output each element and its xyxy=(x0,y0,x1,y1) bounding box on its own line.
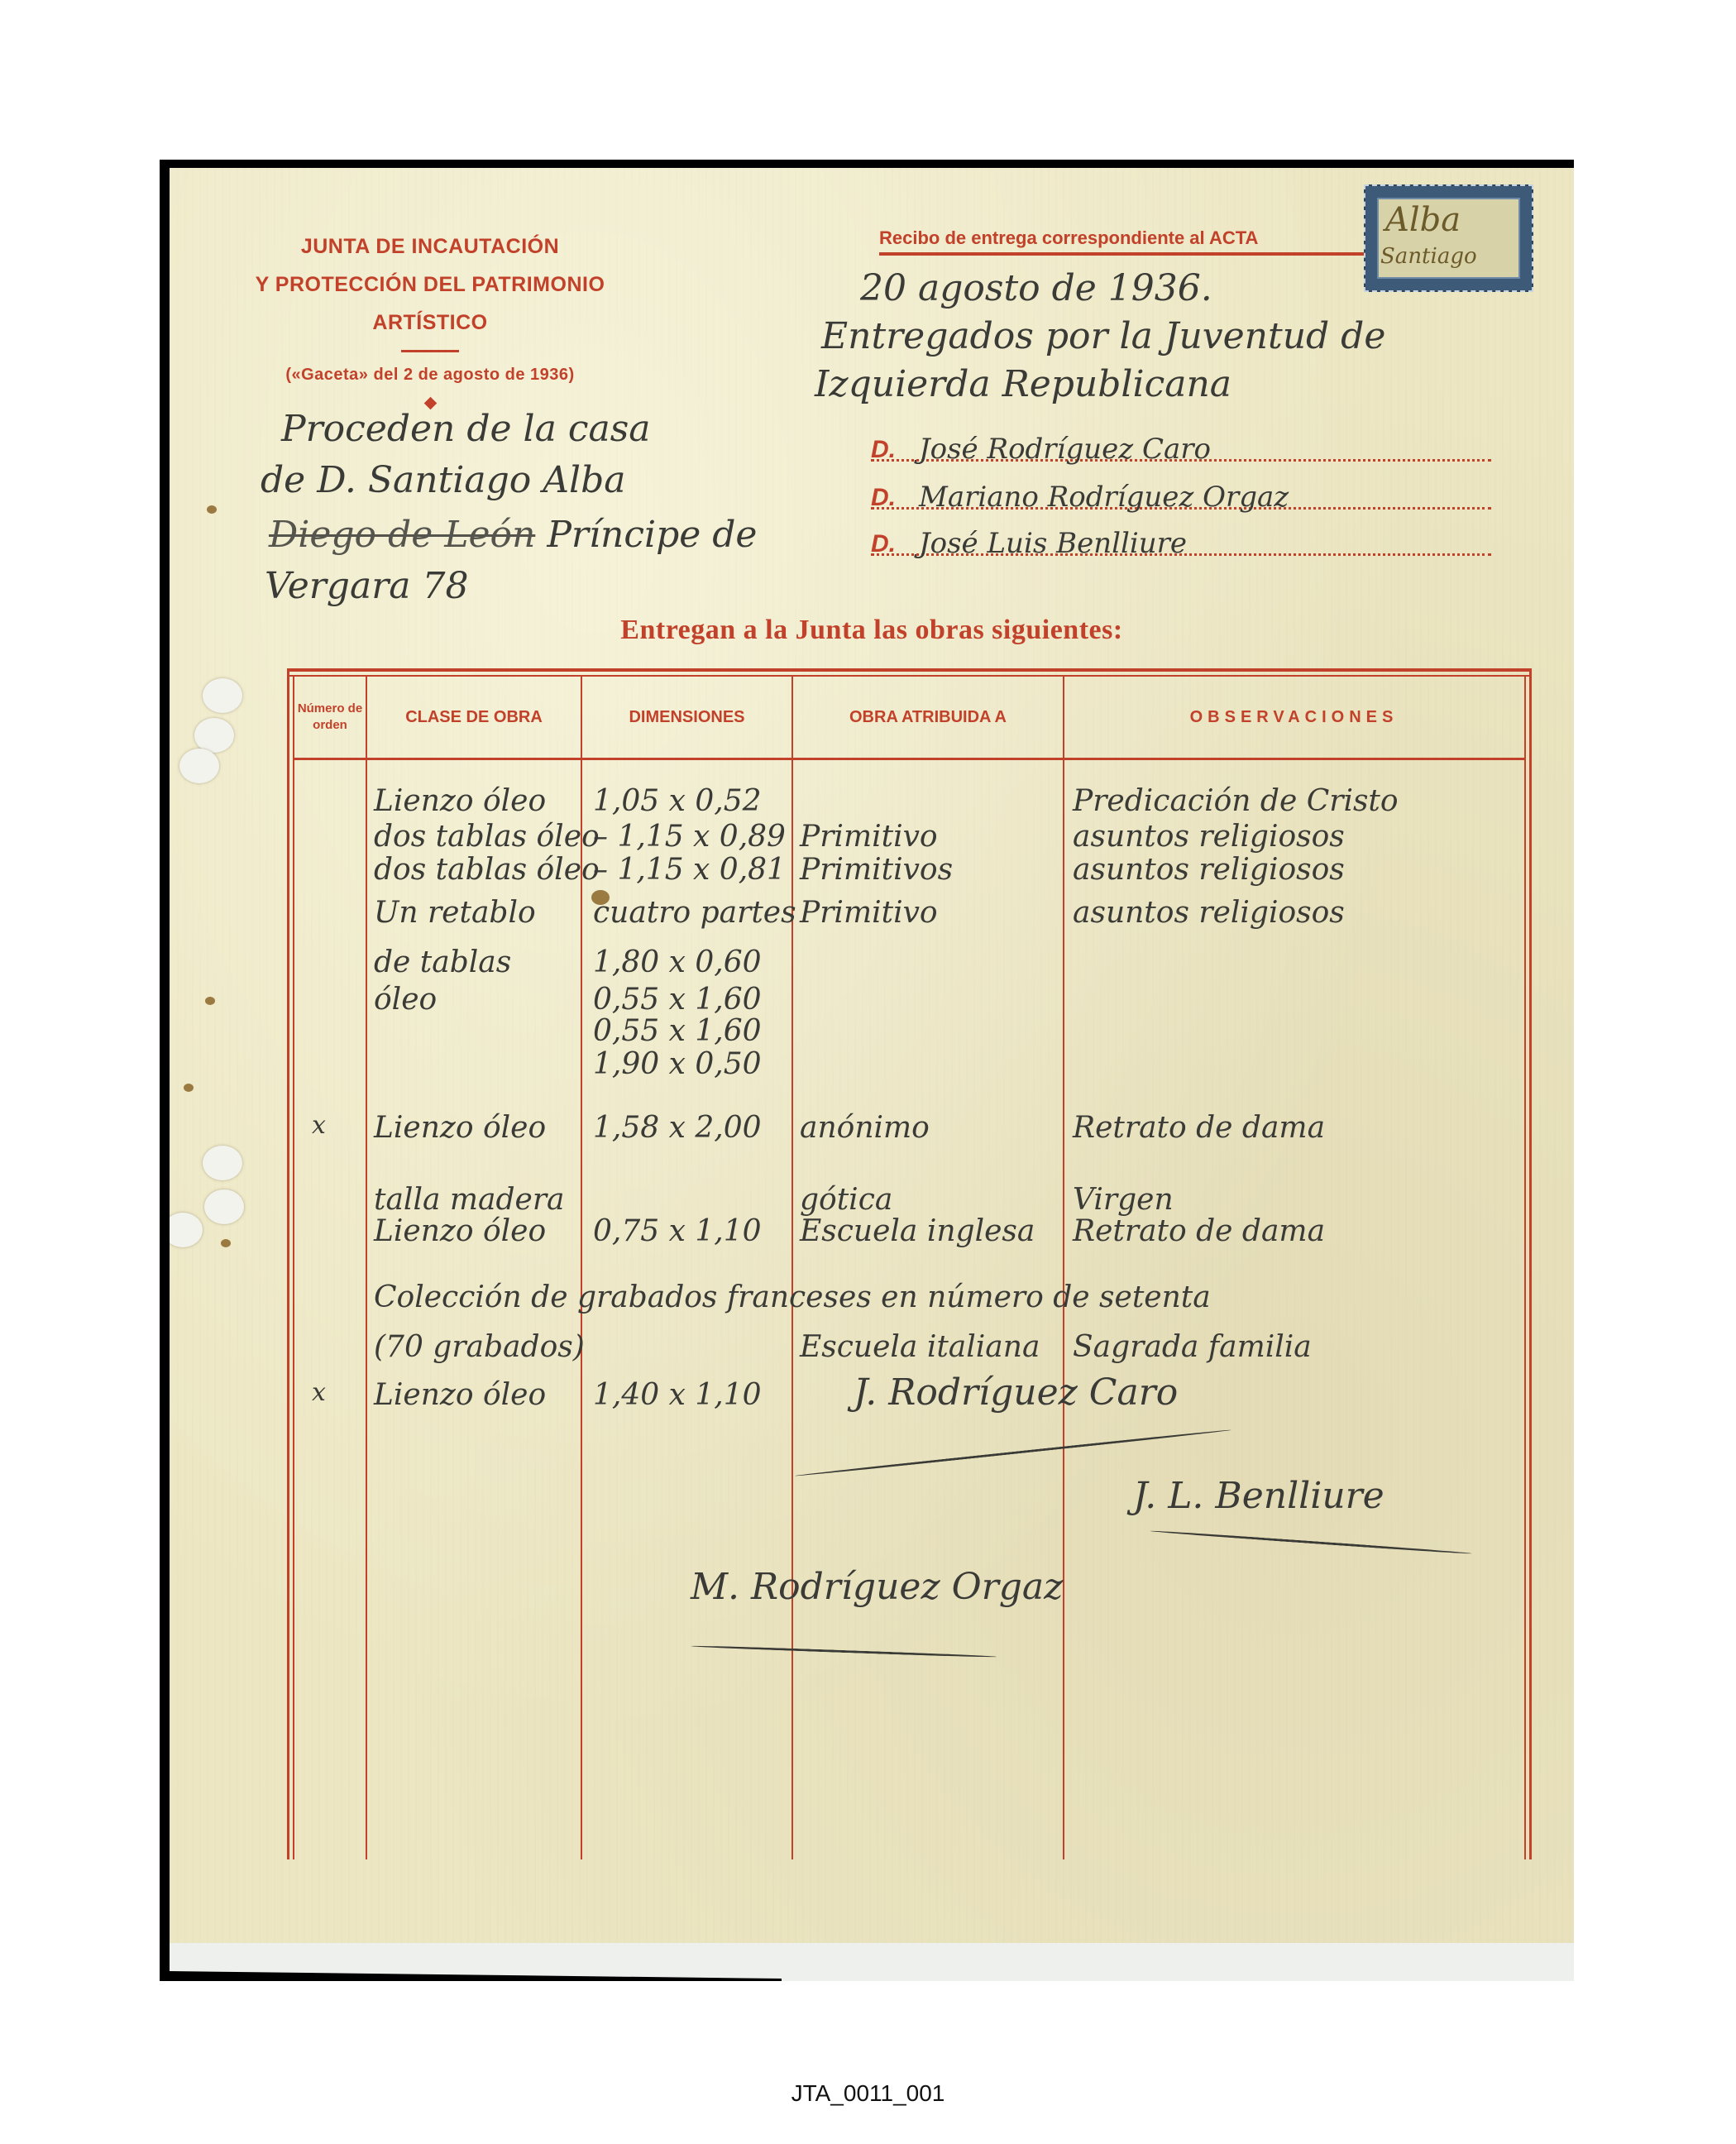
cell-dimensiones: – 1,15 x 0,89 xyxy=(593,820,786,854)
cell-atribuida: Escuela inglesa xyxy=(800,1214,1035,1248)
cell-dimensiones: 0,55 x 1,60 xyxy=(593,983,762,1017)
signature: J. L. Benlliure xyxy=(1133,1475,1384,1517)
donor-name: José Rodríguez Caro xyxy=(919,433,1211,466)
provenance-line1: Proceden de la casa xyxy=(281,408,651,450)
cell-atribuida: anónimo xyxy=(800,1111,930,1145)
column-header-clase: CLASE DE OBRA xyxy=(367,677,581,758)
cell-observaciones: Virgen xyxy=(1073,1183,1174,1217)
cell-clase: Un retablo xyxy=(374,896,536,930)
stain-spot xyxy=(205,997,215,1005)
cell-observaciones: Predicación de Cristo xyxy=(1073,784,1399,818)
table-header-rule xyxy=(293,758,1526,760)
gaceta-reference: («Gaceta» del 2 de agosto de 1936) xyxy=(227,364,633,385)
table-title: Entregan a la Junta las obras siguientes… xyxy=(170,615,1574,646)
name-stamp-label: Alba Santiago xyxy=(1364,184,1533,292)
cell-clase: Colección de grabados franceses en númer… xyxy=(374,1280,1211,1314)
cell-mark: x xyxy=(312,1111,326,1140)
cell-dimensiones: 1,05 x 0,52 xyxy=(593,784,762,818)
column-header-numero: Número de orden xyxy=(295,677,365,758)
cell-atribuida: Escuela italiana xyxy=(800,1330,1040,1364)
donor-line: D. José Rodríguez Caro xyxy=(871,429,1491,462)
cell-clase: (70 grabados) xyxy=(374,1330,585,1364)
provenance-line2: de D. Santiago Alba xyxy=(261,459,625,501)
document-scan: JUNTA DE INCAUTACIÓN Y PROTECCIÓN DEL PA… xyxy=(160,160,1574,1981)
cell-clase: Lienzo óleo xyxy=(374,1378,546,1412)
donor-line: D. Mariano Rodríguez Orgaz xyxy=(871,477,1491,510)
column-divider xyxy=(366,675,367,1859)
table-border xyxy=(293,675,294,1859)
cell-dimensiones: cuatro partes xyxy=(593,896,796,930)
punch-hole xyxy=(204,1189,244,1224)
column-header-observaciones: OBSERVACIONES xyxy=(1064,677,1523,758)
provenance-line4: Vergara 78 xyxy=(265,565,468,607)
cell-clase: talla madera xyxy=(374,1183,564,1217)
column-divider xyxy=(1063,675,1064,1859)
cell-atribuida: Primitivo xyxy=(800,896,938,930)
punch-hole xyxy=(163,1213,203,1247)
column-header-dimensiones: DIMENSIONES xyxy=(582,677,791,758)
stamp-surname: Alba xyxy=(1385,201,1461,239)
donor-prefix: D. xyxy=(871,530,896,558)
delivered-by-line2: Izquierda Republicana xyxy=(815,363,1231,405)
table-border xyxy=(1529,668,1532,1859)
cell-atribuida: gótica xyxy=(800,1183,892,1217)
cell-clase: Lienzo óleo xyxy=(374,1214,546,1248)
table-border xyxy=(1524,675,1526,1859)
donor-prefix: D. xyxy=(871,436,896,464)
letterhead-line2: Y PROTECCIÓN DEL PATRIMONIO xyxy=(227,266,633,304)
punch-hole xyxy=(179,749,219,783)
cell-clase: dos tablas óleo xyxy=(374,853,600,887)
letterhead-rule xyxy=(401,350,459,352)
signature: J. Rodríguez Caro xyxy=(854,1371,1178,1414)
cell-dimensiones: 0,55 x 1,60 xyxy=(593,1014,762,1048)
cell-clase: Lienzo óleo xyxy=(374,784,546,818)
cell-observaciones: Sagrada familia xyxy=(1073,1330,1312,1364)
cell-clase: dos tablas óleo xyxy=(374,820,600,854)
provenance-street: Príncipe de xyxy=(547,514,757,556)
cell-clase: óleo xyxy=(374,983,437,1017)
cell-dimensiones: 1,40 x 1,10 xyxy=(593,1378,762,1412)
letterhead: JUNTA DE INCAUTACIÓN Y PROTECCIÓN DEL PA… xyxy=(227,227,633,408)
cell-dimensiones: 1,80 x 0,60 xyxy=(593,945,762,979)
cell-mark: x xyxy=(312,1378,326,1407)
donor-name: Mariano Rodríguez Orgaz xyxy=(919,481,1289,514)
file-caption: JTA_0011_001 xyxy=(0,2080,1736,2107)
stain-spot xyxy=(184,1084,194,1092)
delivered-by-line1: Entregados por la Juventud de xyxy=(821,315,1385,357)
provenance-line3: Diego de León Príncipe de xyxy=(269,514,757,556)
table-border xyxy=(287,668,289,1859)
signature: M. Rodríguez Orgaz xyxy=(691,1566,1063,1608)
receipt-date: 20 agosto de 1936. xyxy=(860,267,1212,309)
cell-dimensiones: 1,90 x 0,50 xyxy=(593,1047,762,1081)
cell-dimensiones: – 1,15 x 0,81 xyxy=(593,853,786,887)
donor-line: D. José Luis Benlliure xyxy=(871,524,1491,556)
donor-prefix: D. xyxy=(871,484,896,512)
cell-clase: Lienzo óleo xyxy=(374,1111,546,1145)
cell-atribuida: Primitivo xyxy=(800,820,938,854)
cell-dimensiones: 1,58 x 2,00 xyxy=(593,1111,762,1145)
cell-observaciones: asuntos religiosos xyxy=(1073,896,1345,930)
cell-observaciones: Retrato de dama xyxy=(1073,1214,1325,1248)
letterhead-line3: ARTÍSTICO xyxy=(227,304,633,342)
cell-atribuida: Primitivos xyxy=(800,853,953,887)
column-header-atribuida: OBRA ATRIBUIDA A xyxy=(793,677,1063,758)
letterhead-line1: JUNTA DE INCAUTACIÓN xyxy=(227,227,633,266)
cell-observaciones: Retrato de dama xyxy=(1073,1111,1325,1145)
stamp-given-name: Santiago xyxy=(1380,244,1477,269)
cell-observaciones: asuntos religiosos xyxy=(1073,853,1345,887)
column-divider xyxy=(791,675,793,1859)
struck-address: Diego de León xyxy=(269,514,535,556)
receipt-heading: Recibo de entrega correspondiente al ACT… xyxy=(879,227,1379,256)
works-table: Número de orden CLASE DE OBRA DIMENSIONE… xyxy=(287,668,1532,1859)
punch-hole xyxy=(194,718,234,753)
punch-hole xyxy=(203,678,242,713)
cell-dimensiones: 0,75 x 1,10 xyxy=(593,1214,762,1248)
punch-hole xyxy=(203,1146,242,1180)
donor-name: José Luis Benlliure xyxy=(919,527,1187,560)
stain-spot xyxy=(207,505,217,514)
table-border xyxy=(287,668,1532,672)
cell-clase: de tablas xyxy=(374,945,511,979)
stain-spot xyxy=(221,1239,231,1247)
cell-observaciones: asuntos religiosos xyxy=(1073,820,1345,854)
